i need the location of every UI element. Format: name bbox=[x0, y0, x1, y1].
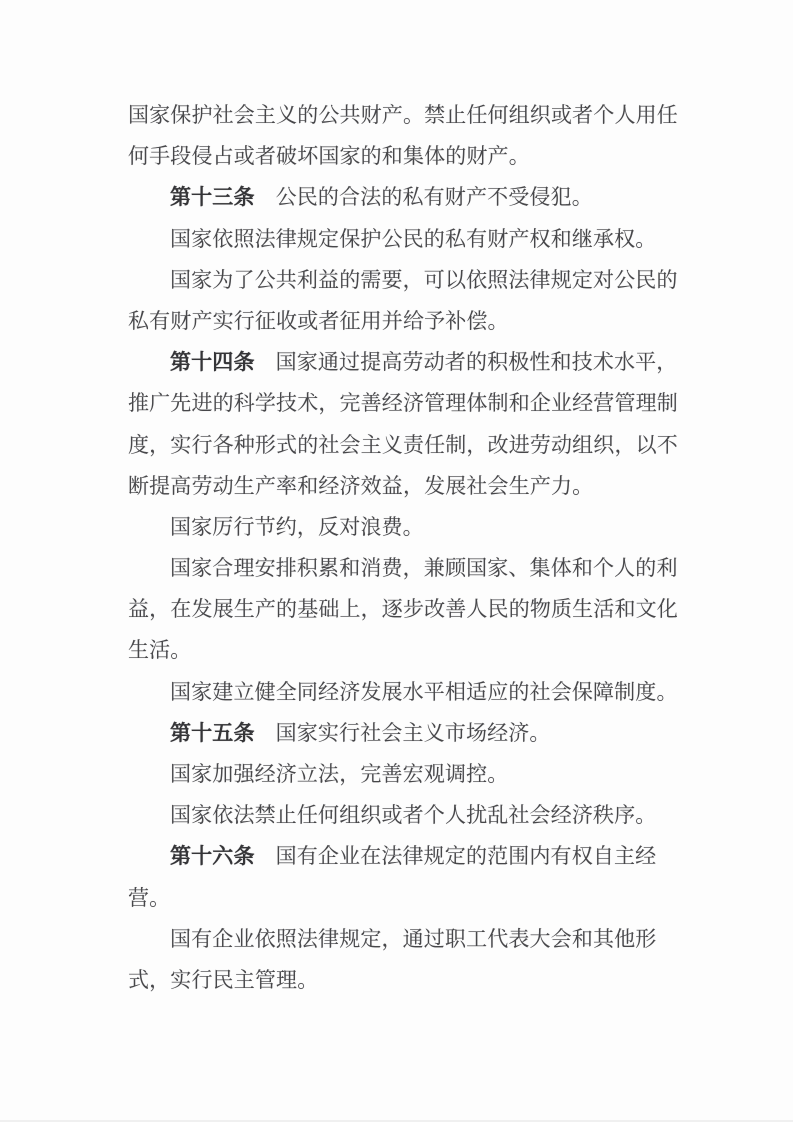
line-text: 国家合理安排积累和消费，兼顾国家、集体和个人的利 bbox=[170, 556, 678, 580]
text-line: 国家依照法律规定保护公民的私有财产权和继承权。 bbox=[128, 219, 679, 260]
line-text: 国家厉行节约，反对浪费。 bbox=[170, 515, 424, 539]
line-text: 国有企业在法律规定的范围内有权自主经 bbox=[276, 844, 657, 868]
text-line: 生活。 bbox=[128, 630, 679, 671]
line-text: 国家实行社会主义市场经济。 bbox=[276, 721, 551, 745]
article-heading-line: 第十五条国家实行社会主义市场经济。 bbox=[128, 713, 679, 754]
line-text: 营。 bbox=[128, 886, 170, 910]
article-number: 第十六条 bbox=[170, 844, 255, 868]
line-text: 国家依法禁止任何组织或者个人扰乱社会经济秩序。 bbox=[170, 803, 656, 827]
line-text: 推广先进的科学技术，完善经济管理体制和企业经营管理制 bbox=[128, 391, 678, 415]
text-line: 度，实行各种形式的社会主义责任制，改进劳动组织，以不 bbox=[128, 425, 679, 466]
text-line: 国家为了公共利益的需要，可以依照法律规定对公民的 bbox=[128, 260, 679, 301]
text-line: 国家加强经济立法，完善宏观调控。 bbox=[128, 754, 679, 795]
article-number: 第十四条 bbox=[170, 350, 255, 374]
line-text: 国家加强经济立法，完善宏观调控。 bbox=[170, 762, 508, 786]
text-line: 断提高劳动生产率和经济效益，发展社会生产力。 bbox=[128, 466, 679, 507]
text-line: 国家依法禁止任何组织或者个人扰乱社会经济秩序。 bbox=[128, 795, 679, 836]
line-text: 国家为了公共利益的需要，可以依照法律规定对公民的 bbox=[170, 268, 678, 292]
text-line: 益，在发展生产的基础上，逐步改善人民的物质生活和文化 bbox=[128, 589, 679, 630]
line-text: 国家通过提高劳动者的积极性和技术水平， bbox=[276, 350, 678, 374]
line-text: 何手段侵占或者破坏国家的和集体的财产。 bbox=[128, 144, 530, 168]
article-heading-line: 第十四条国家通过提高劳动者的积极性和技术水平， bbox=[128, 342, 679, 383]
line-text: 断提高劳动生产率和经济效益，发展社会生产力。 bbox=[128, 474, 593, 498]
article-heading-line: 第十六条国有企业在法律规定的范围内有权自主经 bbox=[128, 836, 679, 877]
text-line: 推广先进的科学技术，完善经济管理体制和企业经营管理制 bbox=[128, 383, 679, 424]
scanned-document-page: 国家保护社会主义的公共财产。禁止任何组织或者个人用任何手段侵占或者破坏国家的和集… bbox=[0, 0, 793, 1122]
text-line: 国家合理安排积累和消费，兼顾国家、集体和个人的利 bbox=[128, 548, 679, 589]
line-text: 生活。 bbox=[128, 638, 191, 662]
text-line: 国家厉行节约，反对浪费。 bbox=[128, 507, 679, 548]
article-number: 第十三条 bbox=[170, 185, 255, 209]
text-line: 营。 bbox=[128, 878, 679, 919]
article-heading-line: 第十三条公民的合法的私有财产不受侵犯。 bbox=[128, 177, 679, 218]
text-line: 国有企业依照法律规定，通过职工代表大会和其他形 bbox=[128, 919, 679, 960]
text-line: 何手段侵占或者破坏国家的和集体的财产。 bbox=[128, 136, 679, 177]
text-line: 私有财产实行征收或者征用并给予补偿。 bbox=[128, 301, 679, 342]
text-line: 国家保护社会主义的公共财产。禁止任何组织或者个人用任 bbox=[128, 95, 679, 136]
line-text: 公民的合法的私有财产不受侵犯。 bbox=[276, 185, 593, 209]
text-line: 式，实行民主管理。 bbox=[128, 960, 679, 1001]
line-text: 国有企业依照法律规定，通过职工代表大会和其他形 bbox=[170, 927, 656, 951]
line-text: 国家依照法律规定保护公民的私有财产权和继承权。 bbox=[170, 227, 656, 251]
line-text: 益，在发展生产的基础上，逐步改善人民的物质生活和文化 bbox=[128, 597, 678, 621]
line-text: 度，实行各种形式的社会主义责任制，改进劳动组织，以不 bbox=[128, 433, 678, 457]
text-line: 国家建立健全同经济发展水平相适应的社会保障制度。 bbox=[128, 672, 679, 713]
line-text: 式，实行民主管理。 bbox=[128, 968, 318, 992]
line-text: 国家建立健全同经济发展水平相适应的社会保障制度。 bbox=[170, 680, 678, 704]
line-text: 国家保护社会主义的公共财产。禁止任何组织或者个人用任 bbox=[128, 103, 678, 127]
line-text: 私有财产实行征收或者征用并给予补偿。 bbox=[128, 309, 509, 333]
article-number: 第十五条 bbox=[170, 721, 255, 745]
document-body: 国家保护社会主义的公共财产。禁止任何组织或者个人用任何手段侵占或者破坏国家的和集… bbox=[128, 95, 679, 1001]
